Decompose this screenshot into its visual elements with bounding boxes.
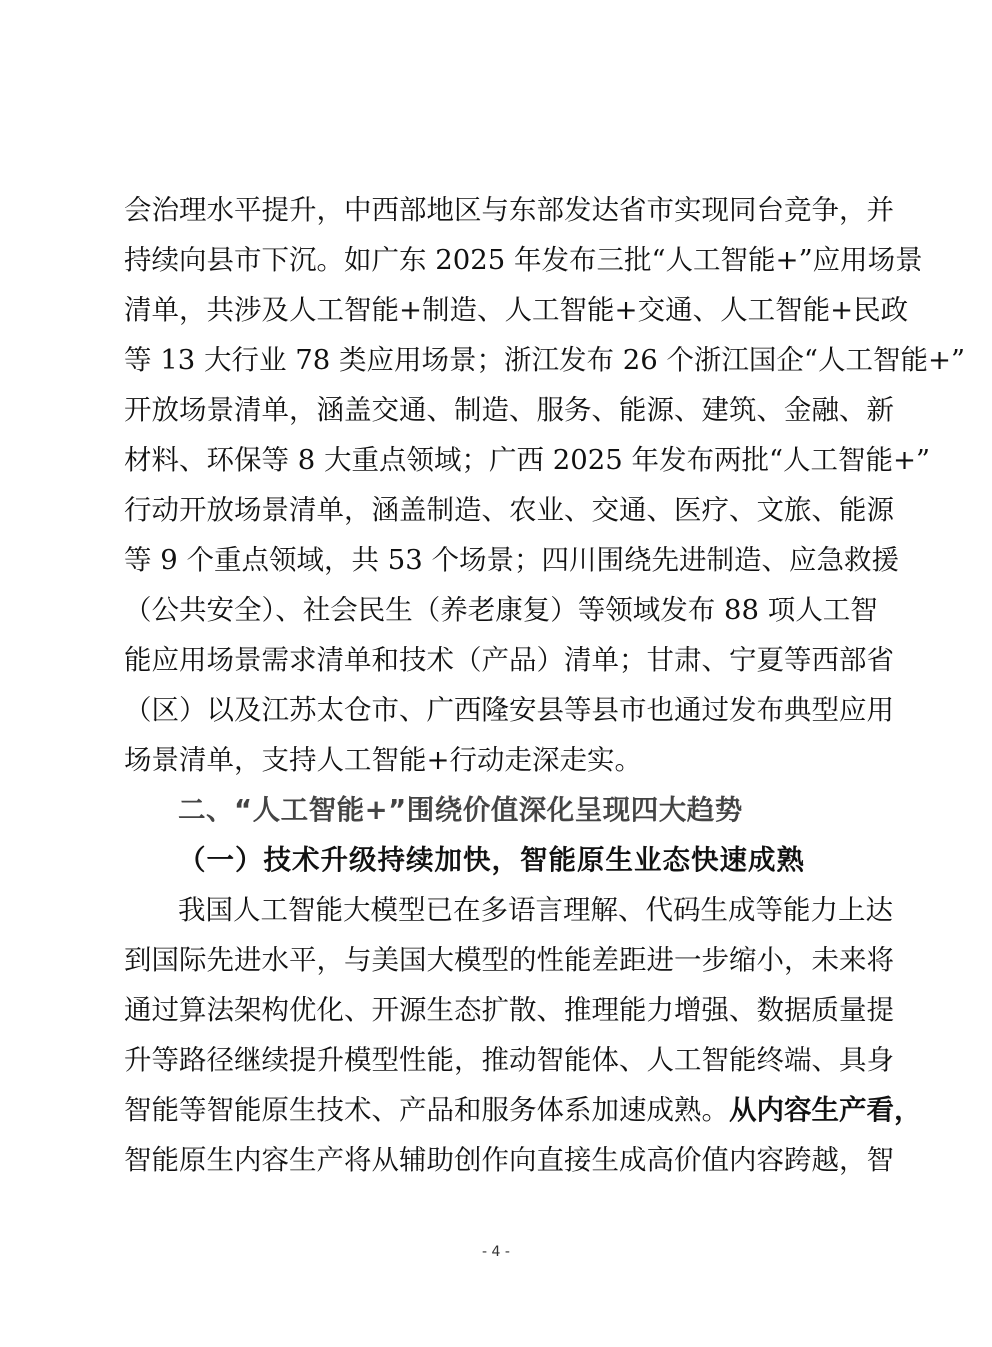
paragraph-line: （区）以及江苏太仓市、广西隆安县等县市也通过发布典型应用 bbox=[124, 690, 864, 730]
paragraph-text: 智能等智能原生技术、产品和服务体系加速成熟。 bbox=[124, 1094, 729, 1126]
document-page: 会治理水平提升，中西部地区与东部发达省市实现同台竞争，并 持续向县市下沉。如广东… bbox=[0, 0, 992, 1347]
paragraph-line: 升等路径继续提升模型性能，推动智能体、人工智能终端、具身 bbox=[124, 1040, 864, 1080]
paragraph-line: （公共安全）、社会民生（养老康复）等领域发布 88 项人工智 bbox=[124, 590, 864, 630]
paragraph-line: 能应用场景需求清单和技术（产品）清单；甘肃、宁夏等西部省 bbox=[124, 640, 864, 680]
paragraph-line: 通过算法架构优化、开源生态扩散、推理能力增强、数据质量提 bbox=[124, 990, 864, 1030]
paragraph-line: 场景清单，支持人工智能+行动走深走实。 bbox=[124, 740, 864, 780]
emphasis-text: 从内容生产看， bbox=[729, 1094, 922, 1126]
paragraph-line: 等 13 大行业 78 类应用场景；浙江发布 26 个浙江国企“人工智能+” bbox=[124, 340, 864, 380]
page-number: - 4 - bbox=[0, 1244, 992, 1260]
paragraph-line: 开放场景清单，涵盖交通、制造、服务、能源、建筑、金融、新 bbox=[124, 390, 864, 430]
paragraph-line: 我国人工智能大模型已在多语言理解、代码生成等能力上达 bbox=[178, 890, 864, 930]
subsection-heading: （一）技术升级持续加快，智能原生业态快速成熟 bbox=[178, 840, 805, 880]
paragraph-line: 到国际先进水平，与美国大模型的性能差距进一步缩小，未来将 bbox=[124, 940, 864, 980]
paragraph-line: 智能原生内容生产将从辅助创作向直接生成高价值内容跨越，智 bbox=[124, 1140, 864, 1180]
paragraph-line: 清单，共涉及人工智能+制造、人工智能+交通、人工智能+民政 bbox=[124, 290, 864, 330]
section-heading: 二、“人工智能+”围绕价值深化呈现四大趋势 bbox=[178, 790, 743, 830]
paragraph-line: 智能等智能原生技术、产品和服务体系加速成熟。从内容生产看， bbox=[124, 1090, 864, 1130]
paragraph-line: 持续向县市下沉。如广东 2025 年发布三批“人工智能+”应用场景 bbox=[124, 240, 864, 280]
paragraph-line: 会治理水平提升，中西部地区与东部发达省市实现同台竞争，并 bbox=[124, 190, 864, 230]
paragraph-line: 材料、环保等 8 大重点领域；广西 2025 年发布两批“人工智能+” bbox=[124, 440, 864, 480]
paragraph-line: 行动开放场景清单，涵盖制造、农业、交通、医疗、文旅、能源 bbox=[124, 490, 864, 530]
paragraph-line: 等 9 个重点领域，共 53 个场景；四川围绕先进制造、应急救援 bbox=[124, 540, 864, 580]
